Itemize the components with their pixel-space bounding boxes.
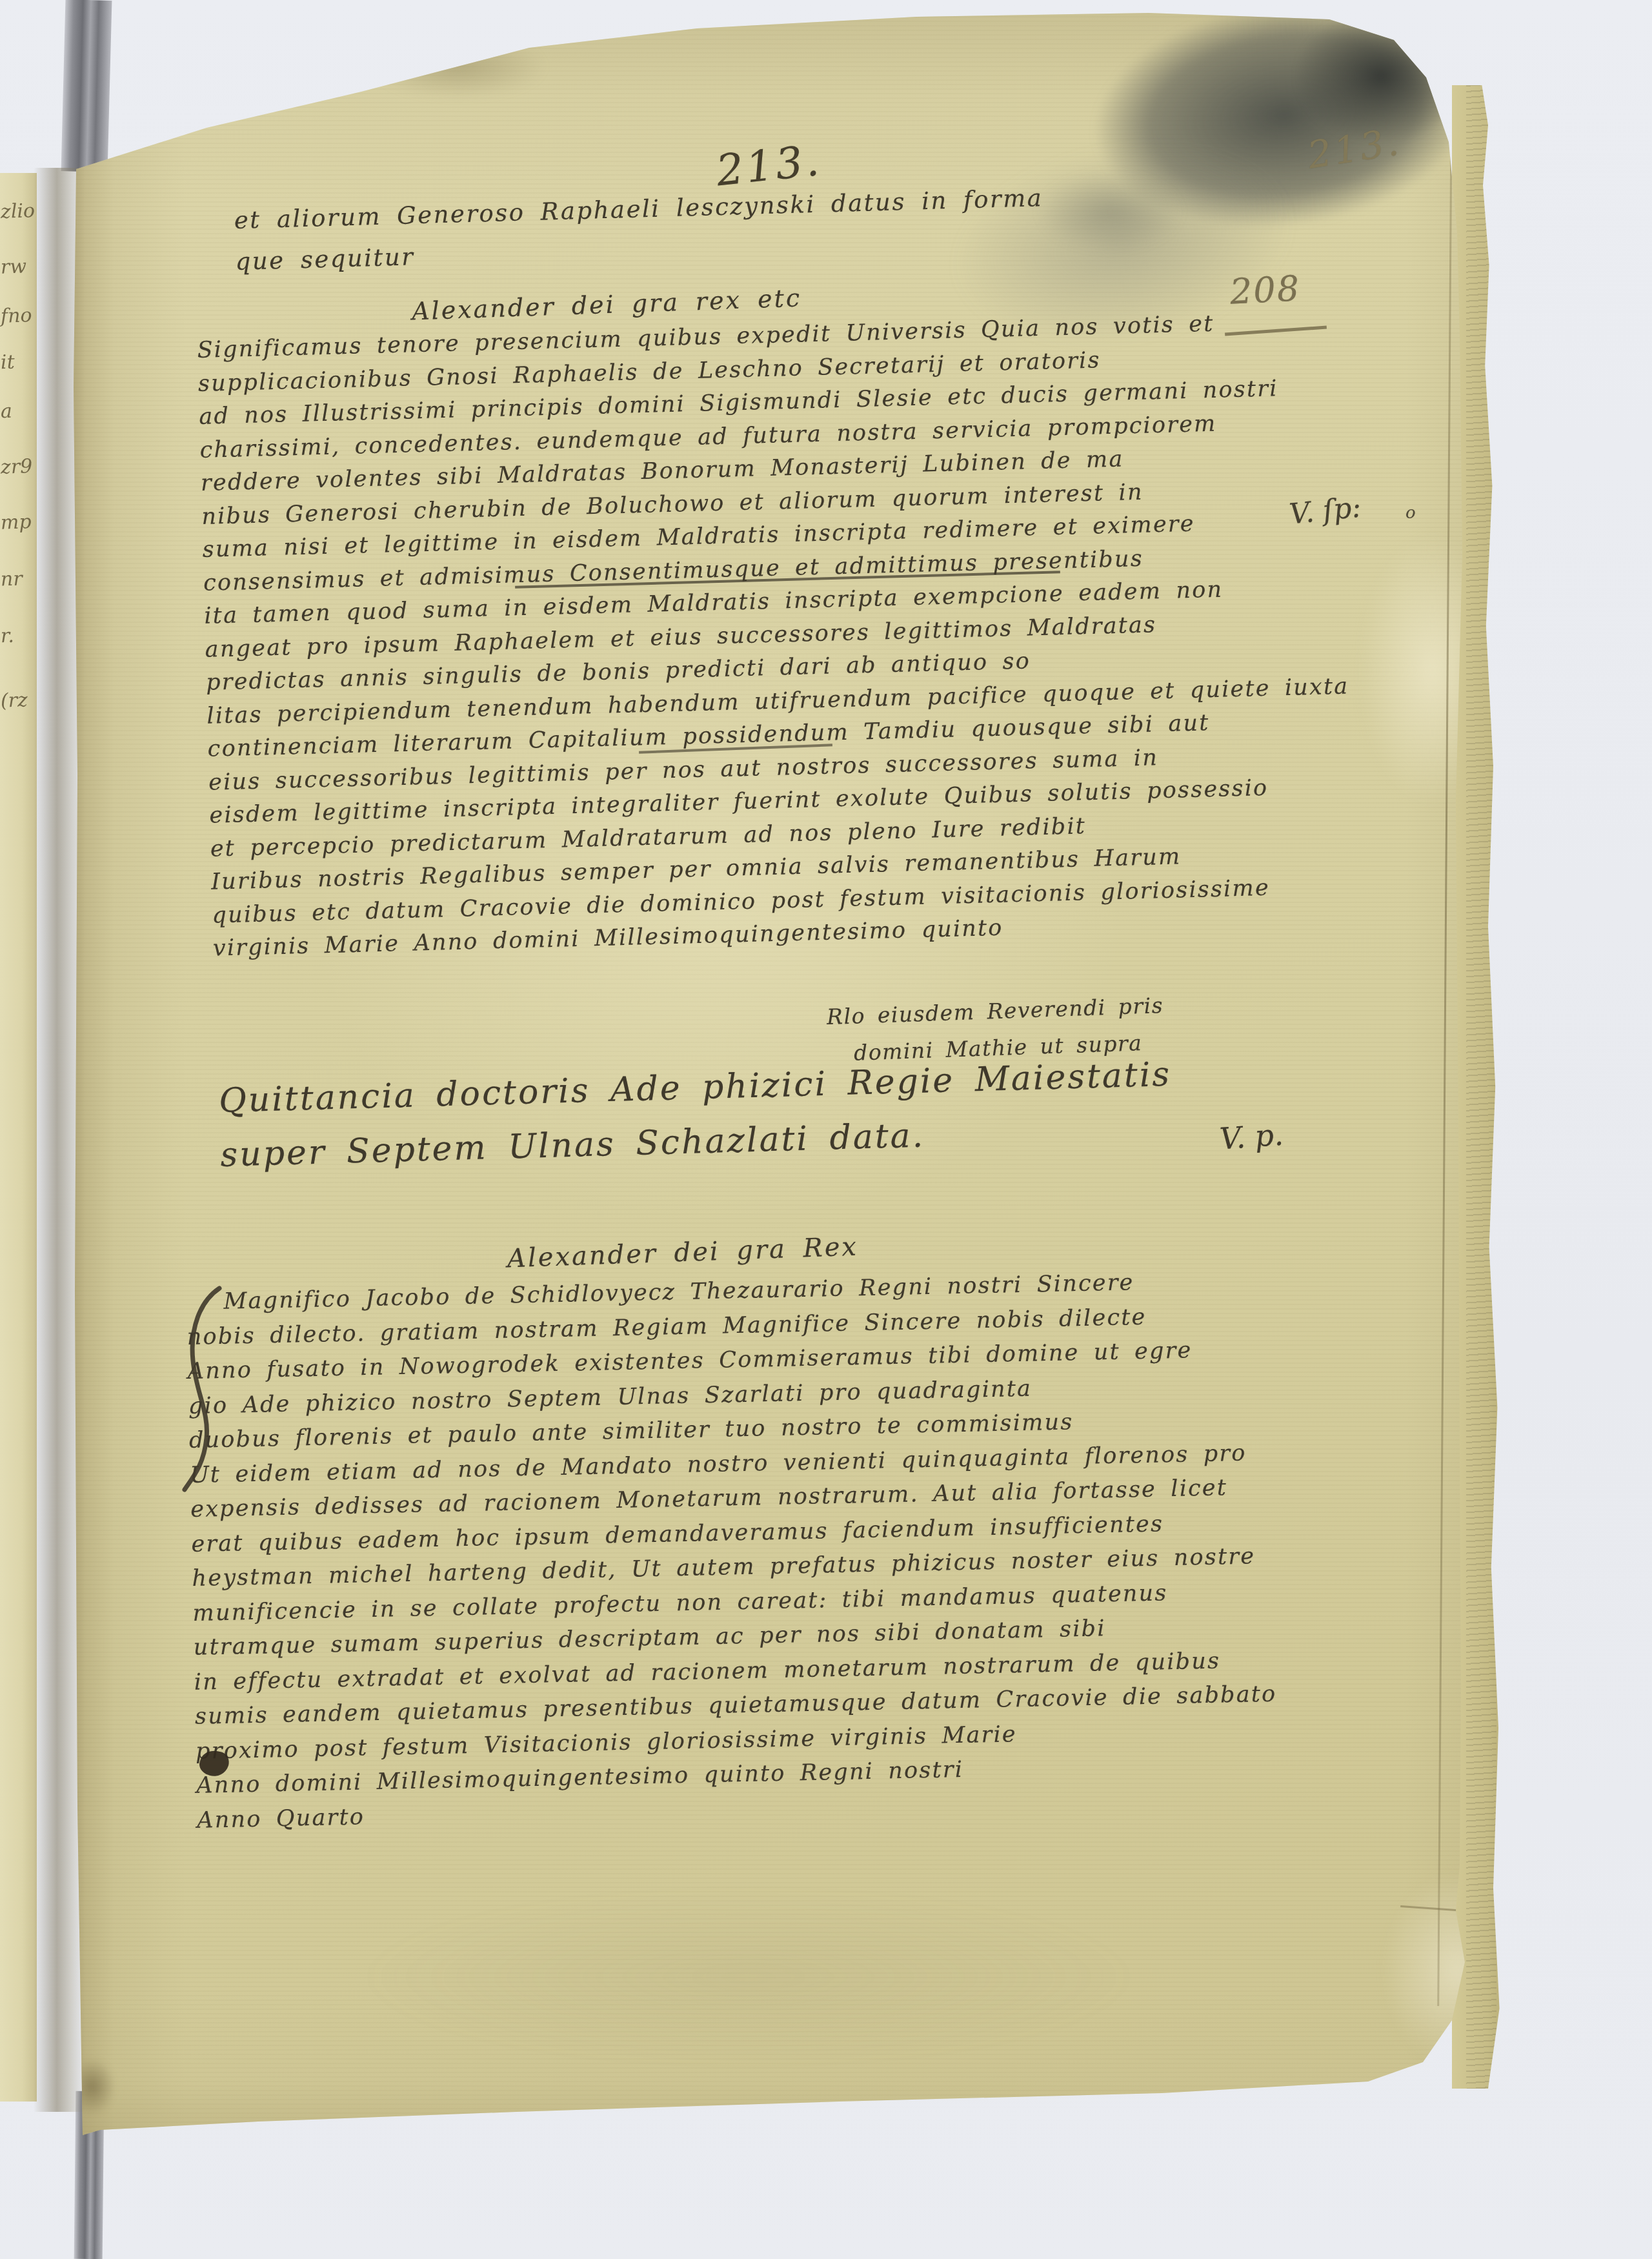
manuscript-page: 213. 213. 208 et aliorum Generoso Raphae…: [71, 12, 1507, 2142]
entry1-royal-intitulatio: Alexander dei gra rex etc: [411, 283, 801, 325]
stain-right-light: [1336, 489, 1529, 851]
margin-mark-vp: V. ſp:: [1288, 491, 1363, 531]
stain-top-left: [342, 25, 574, 108]
stain-top-edge: [418, 2, 601, 57]
margin-mark-vp-2: V. p.: [1218, 1117, 1284, 1157]
facing-page-text-fragment: zr9: [0, 455, 32, 479]
facing-page-text-fragment: fno: [0, 304, 32, 328]
facing-page-text-fragment: zlio: [0, 199, 35, 223]
facing-page-text-fragment: it: [0, 351, 15, 374]
entry2-royal-intitulatio: Alexander dei gra Rex: [507, 1232, 858, 1274]
entry2-heading: Quittancia doctoris Ade phizici Regie Ma…: [218, 1048, 1174, 1182]
facing-page-text-fragment: r.: [0, 625, 14, 648]
facing-page-edge: zlio rw fno it a zr9 mp nr r. (rz: [0, 173, 37, 2102]
gutter-shadow: [34, 168, 85, 2112]
facing-page-text-fragment: (rz: [0, 689, 28, 712]
facing-page-text-fragment: a: [0, 400, 12, 423]
entry2-body: Magnifico Jacobo de Schidlovyecz Thezaur…: [186, 1263, 1279, 1838]
margin-mark-o: o: [1405, 503, 1416, 523]
facing-page-text-fragment: nr: [0, 567, 23, 591]
right-edge-crease: [1437, 12, 1453, 2006]
entry1-body: Significamus tenore presencium quibus ex…: [197, 305, 1355, 966]
book-clamp-bar-top: [61, 0, 112, 172]
facing-page-text-fragment: rw: [0, 255, 26, 278]
show-through-haze: [265, 1870, 1233, 2083]
scan-background: zlio rw fno it a zr9 mp nr r. (rz 213. 2…: [0, 0, 1652, 2259]
facing-page-text-fragment: mp: [0, 511, 32, 534]
